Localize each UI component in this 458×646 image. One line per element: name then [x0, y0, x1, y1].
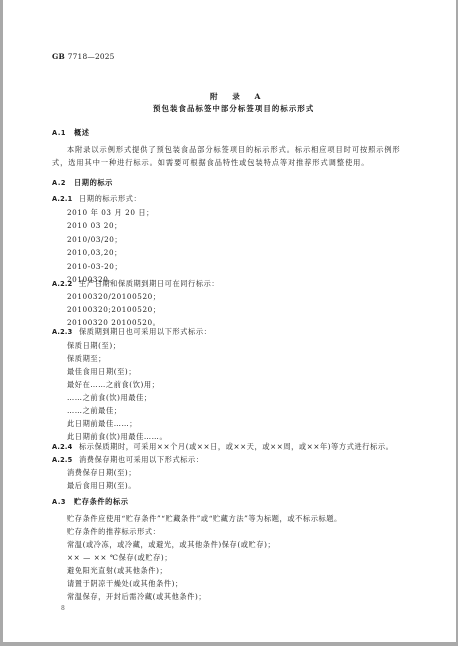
date-format-item: 2010/03/20；: [67, 235, 122, 244]
expiry-format-item: 此日期前食(饮)用最佳……。: [67, 432, 167, 441]
subsection-a22-heading: A.2.2生产日期和保质期到期日可在同行标示：: [52, 279, 219, 289]
a1-paragraph-line-1: 本附录以示例形式提供了预包装食品部分标签项目的标示形式。标示相应项目时可按照示例…: [67, 145, 401, 154]
subsection-a23-heading: A.2.3保质期到期日也可采用以下形式标示：: [52, 327, 211, 337]
expiry-format-item: 保质日期(至)；: [67, 341, 121, 350]
standard-header: GB 7718—2025: [52, 52, 115, 61]
section-number: A.1: [52, 129, 74, 138]
subsection-number: A.2.4: [52, 443, 79, 452]
subsection-number: A.2.5: [52, 456, 79, 465]
expiry-format-item: ……之前最佳；: [67, 406, 122, 415]
document-page: GB 7718—2025 附 录 A 预包装食品标签中部分标签项目的标示形式 A…: [3, 0, 456, 642]
appendix-title: 预包装食品标签中部分标签项目的标示形式: [153, 104, 314, 113]
date-format-item: 2010 03 20；: [67, 221, 122, 230]
expiry-format-item: 最佳食用日期(至)；: [67, 367, 136, 376]
date-format-item: 2010-03-20；: [67, 262, 122, 271]
expiry-format-item: 此日期前最佳……；: [67, 419, 137, 428]
consumption-format-item: 最后食用日期(至)。: [67, 481, 136, 490]
section-number: A.2: [52, 179, 74, 188]
storage-line: 避免阳光直射(或其他条件)；: [67, 566, 167, 575]
subsection-text: 标示保质期时，可采用××个月(或××日，或××天，或××周，或××年)等方式进行…: [79, 442, 393, 451]
date-format-item: 2010,03,20；: [67, 248, 122, 257]
same-line-date-item: 20100320/20100520；: [67, 292, 161, 301]
section-title: 概述: [74, 128, 90, 137]
expiry-format-item: ……之前食(饮)用最佳；: [67, 393, 152, 402]
page-number: 8: [61, 604, 65, 613]
storage-line: ×× — ×× ℃保存(或贮存)；: [67, 553, 172, 562]
subsection-number: A.2.1: [52, 195, 79, 204]
expiry-format-item: 最好在……之前食(饮)用；: [67, 380, 159, 389]
subsection-a25-heading: A.2.5消费保存期也可采用以下形式标示：: [52, 455, 204, 465]
subsection-title: 消费保存期也可采用以下形式标示：: [79, 455, 204, 464]
same-line-date-item: 20100320 20100520。: [67, 318, 160, 327]
storage-line: 常温(或冷冻，或冷藏，或避光，或其他条件)保存(或贮存)；: [67, 540, 275, 549]
subsection-a21-heading: A.2.1日期的标示形式：: [52, 194, 141, 204]
consumption-format-item: 消费保存日期(至)；: [67, 468, 136, 477]
subsection-title: 日期的标示形式：: [79, 194, 141, 203]
storage-line: 请置于阴凉干燥处(或其他条件)；: [67, 579, 183, 588]
section-a2-heading: A.2日期的标示: [52, 178, 113, 188]
section-number: A.3: [52, 498, 74, 507]
section-title: 贮存条件的标示: [74, 497, 129, 506]
subsection-number: A.2.2: [52, 280, 79, 289]
subsection-title: 生产日期和保质期到期日可在同行标示：: [79, 279, 219, 288]
storage-line: 贮存条件的推荐标示形式：: [67, 527, 160, 536]
section-title: 日期的标示: [74, 178, 113, 187]
standard-code: GB: [52, 52, 65, 61]
section-a3-heading: A.3贮存条件的标示: [52, 497, 129, 507]
subsection-number: A.2.3: [52, 328, 79, 337]
appendix-label: 附 录 A: [210, 92, 266, 101]
standard-number: 7718—2025: [68, 52, 115, 61]
section-a1-heading: A.1概述: [52, 128, 90, 138]
same-line-date-item: 20100320;20100520；: [67, 305, 161, 314]
subsection-title: 保质期到期日也可采用以下形式标示：: [79, 327, 211, 336]
subsection-a24: A.2.4标示保质期时，可采用××个月(或××日，或××天，或××周，或××年)…: [52, 442, 393, 452]
a1-paragraph-line-2: 式，选用其中一种进行标示。如需要可根据食品特性或包装特点等对推荐形式调整使用。: [52, 158, 369, 167]
date-format-item: 2010 年 03 月 20 日；: [67, 208, 154, 217]
storage-line: 常温保存，开封后需冷藏(或其他条件)；: [67, 592, 206, 601]
storage-line: 贮存条件应使用“贮存条件”“贮藏条件”或“贮藏方法”等为标题，或不标示标题。: [67, 514, 342, 523]
expiry-format-item: 保质期至；: [67, 354, 106, 363]
